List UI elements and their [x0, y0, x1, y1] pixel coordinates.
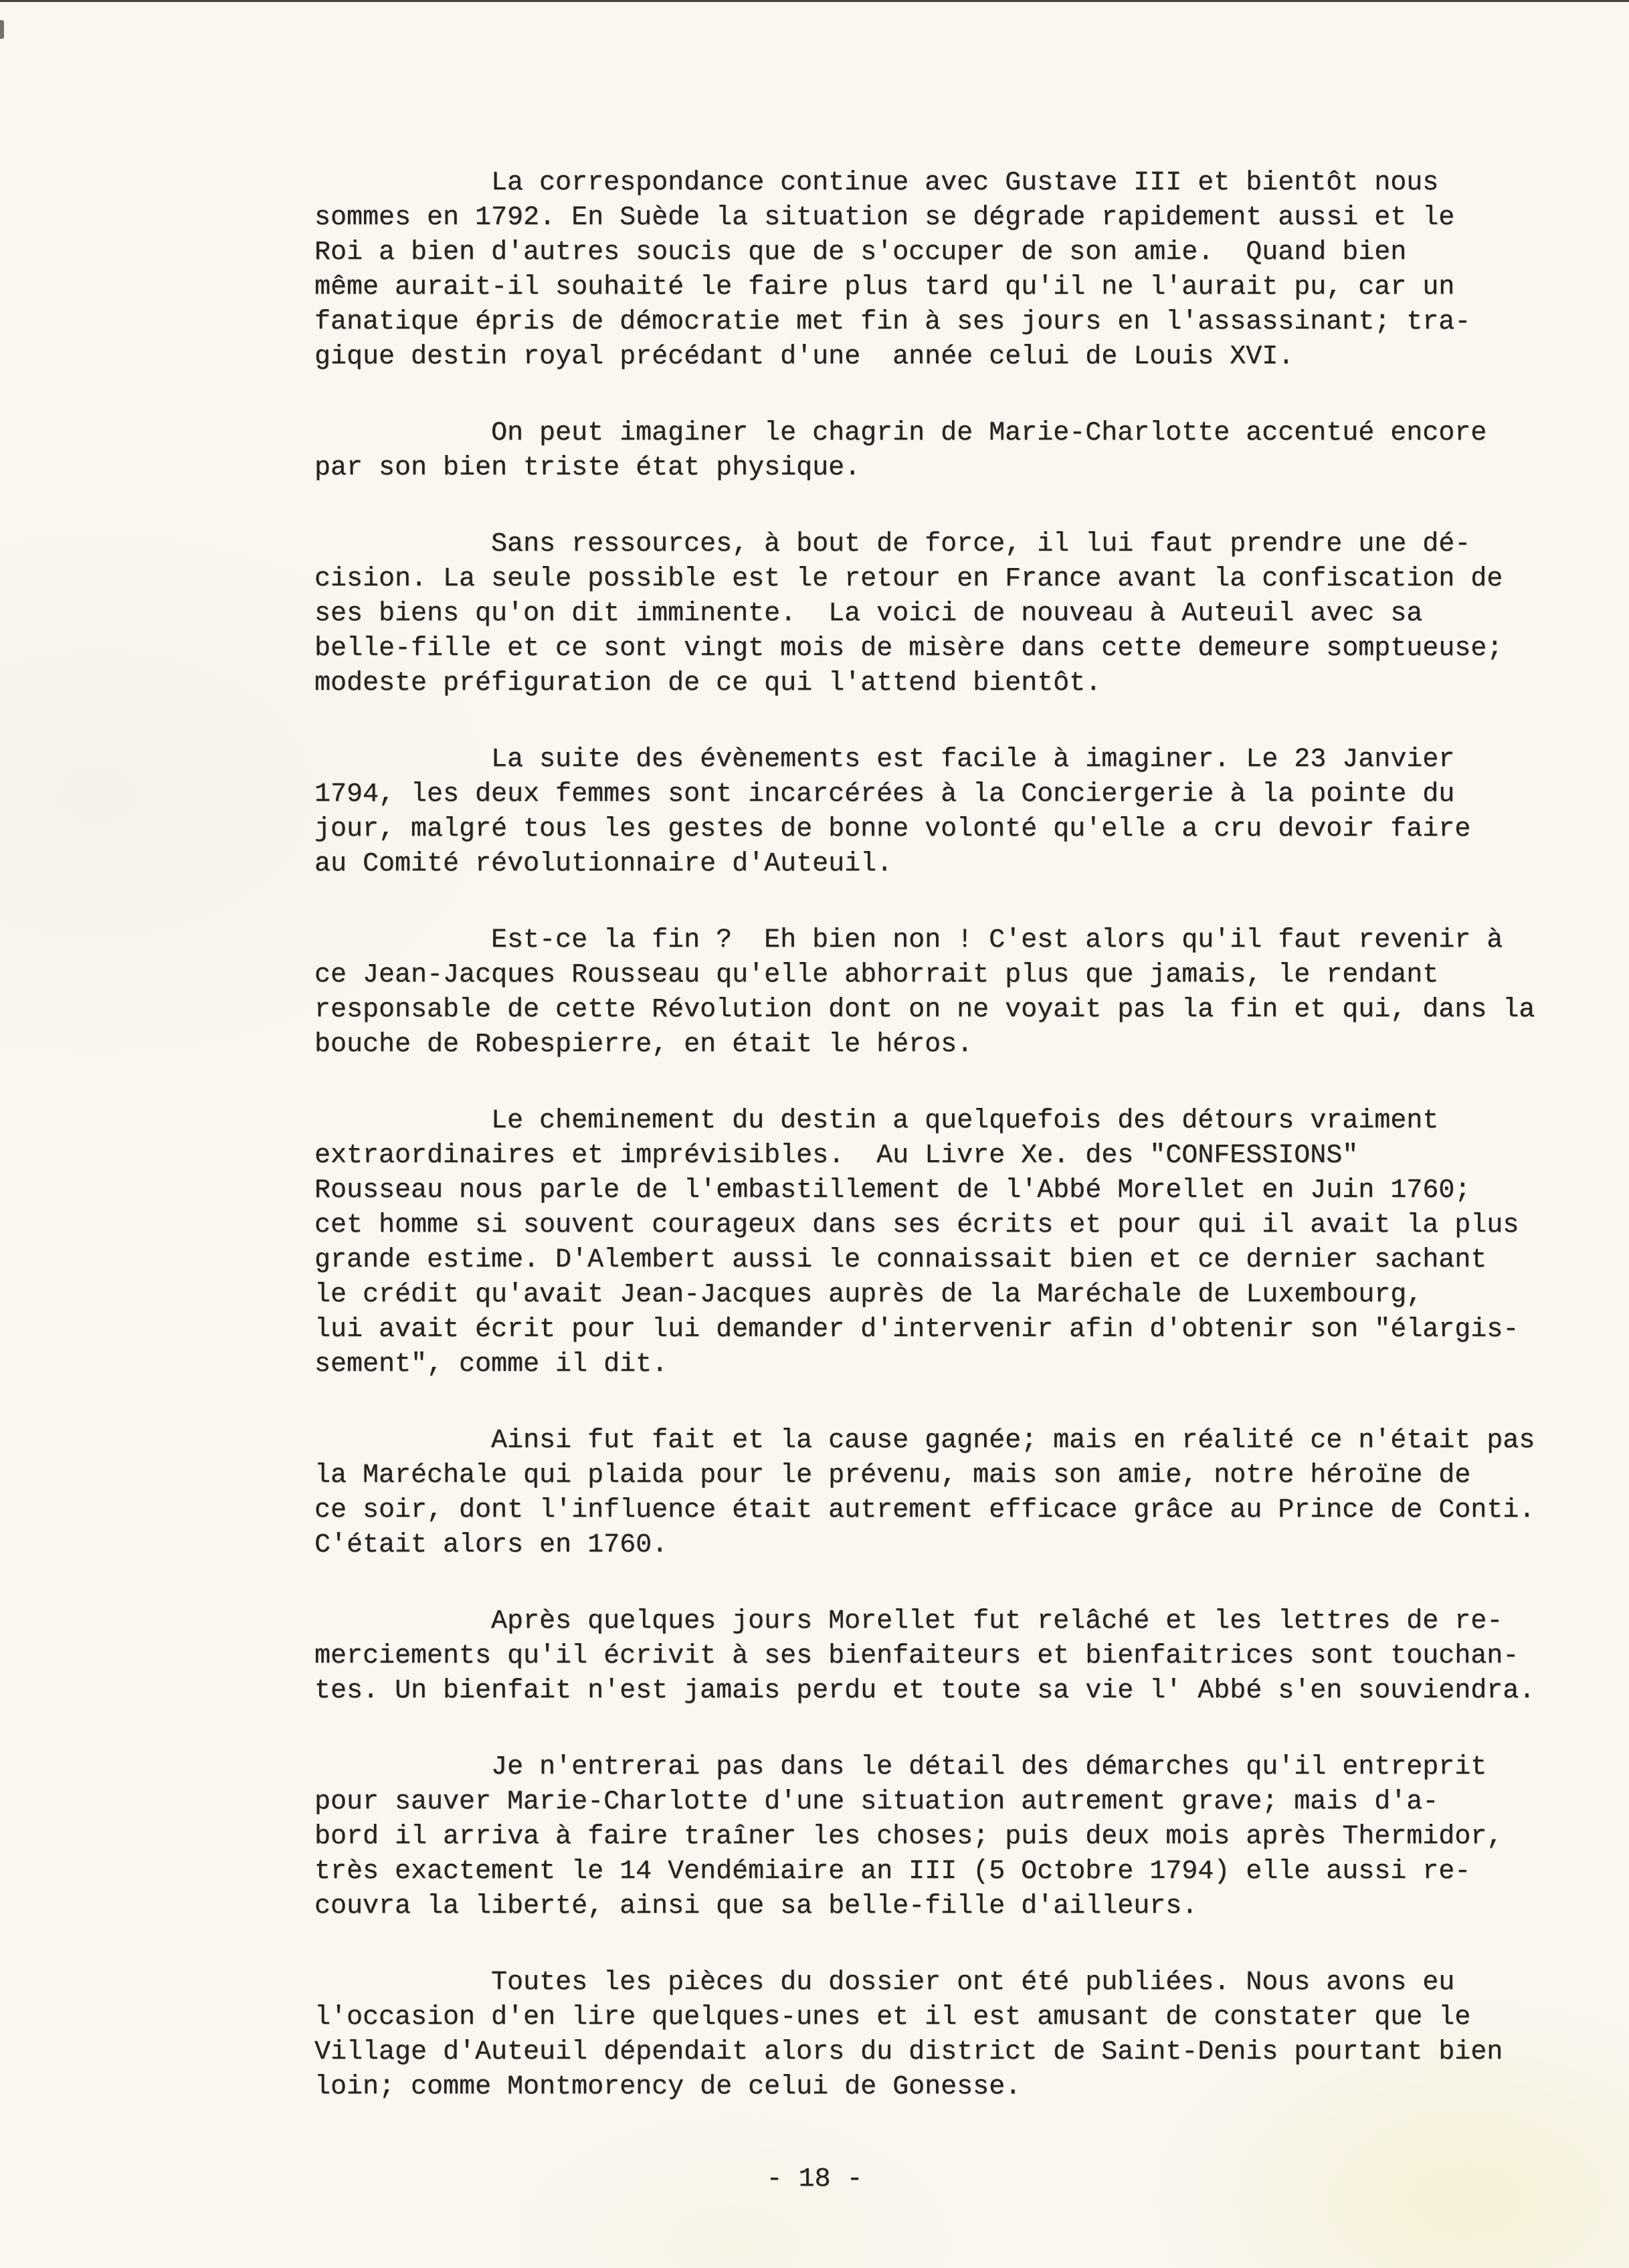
scan-edge-artifact — [0, 0, 1629, 2]
paragraph: Toutes les pièces du dossier ont été pub… — [314, 1966, 1592, 2105]
scanned-page: La correspondance continue avec Gustave … — [0, 0, 1629, 2268]
paragraph: La suite des évènements est facile à ima… — [314, 743, 1592, 882]
paragraph: Sans ressources, à bout de force, il lui… — [314, 527, 1592, 701]
paragraph: Le cheminement du destin a quelquefois d… — [314, 1104, 1592, 1382]
paragraph: On peut imaginer le chagrin de Marie-Cha… — [314, 416, 1592, 486]
paragraph: Après quelques jours Morellet fut relâch… — [314, 1604, 1592, 1709]
paragraph: Je n'entrerai pas dans le détail des dém… — [314, 1750, 1592, 1924]
paragraph: Est-ce la fin ? Eh bien non ! C'est alor… — [314, 923, 1592, 1062]
page-number: - 18 - — [0, 2162, 1629, 2197]
scan-speck-artifact — [0, 20, 4, 39]
paragraph: Ainsi fut fait et la cause gagnée; mais … — [314, 1424, 1592, 1563]
paragraph: La correspondance continue avec Gustave … — [314, 166, 1592, 375]
document-body: La correspondance continue avec Gustave … — [314, 166, 1592, 2146]
